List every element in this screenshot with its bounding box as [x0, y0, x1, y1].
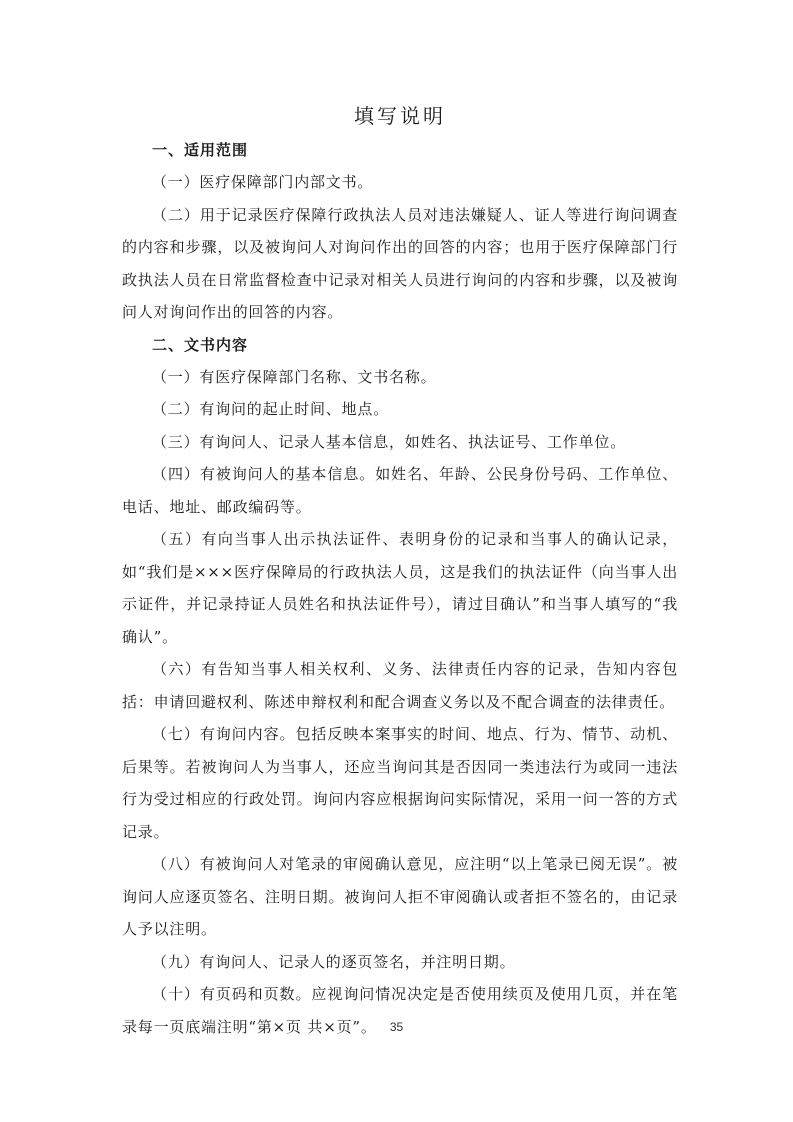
section-heading-content: 二、文书内容: [122, 329, 678, 361]
paragraph: （二）用于记录医疗保障行政执法人员对违法嫌疑人、证人等进行询问调查的内容和步骤，…: [122, 199, 678, 329]
paragraph: （九）有询问人、记录人的逐页签名，并注明日期。: [122, 946, 678, 979]
paragraph: （一）医疗保障部门内部文书。: [122, 166, 678, 199]
paragraph: （三）有询问人、记录人基本信息，如姓名、执法证号、工作单位。: [122, 426, 678, 459]
page-title: 填写说明: [122, 102, 678, 130]
paragraph: （七）有询问内容。包括反映本案事实的时间、地点、行为、情节、动机、后果等。若被询…: [122, 718, 678, 848]
paragraph: （二）有询问的起止时间、地点。: [122, 393, 678, 426]
paragraph: （四）有被询问人的基本信息。如姓名、年龄、公民身份号码、工作单位、电话、地址、邮…: [122, 458, 678, 523]
paragraph: （五）有向当事人出示执法证件、表明身份的记录和当事人的确认记录，如“我们是×××…: [122, 523, 678, 653]
paragraph: （八）有被询问人对笔录的审阅确认意见，应注明“以上笔录已阅无误”。被询问人应逐页…: [122, 848, 678, 946]
paragraph: （六）有告知当事人相关权利、义务、法律责任内容的记录，告知内容包括：申请回避权利…: [122, 653, 678, 718]
section-scope: 一、适用范围 （一）医疗保障部门内部文书。 （二）用于记录医疗保障行政执法人员对…: [122, 134, 678, 329]
paragraph: （一）有医疗保障部门名称、文书名称。: [122, 361, 678, 394]
section-content: 二、文书内容 （一）有医疗保障部门名称、文书名称。 （二）有询问的起止时间、地点…: [122, 329, 678, 1044]
document-body: 一、适用范围 （一）医疗保障部门内部文书。 （二）用于记录医疗保障行政执法人员对…: [122, 134, 678, 1043]
section-heading-scope: 一、适用范围: [122, 134, 678, 166]
page-number: 35: [0, 1020, 793, 1034]
